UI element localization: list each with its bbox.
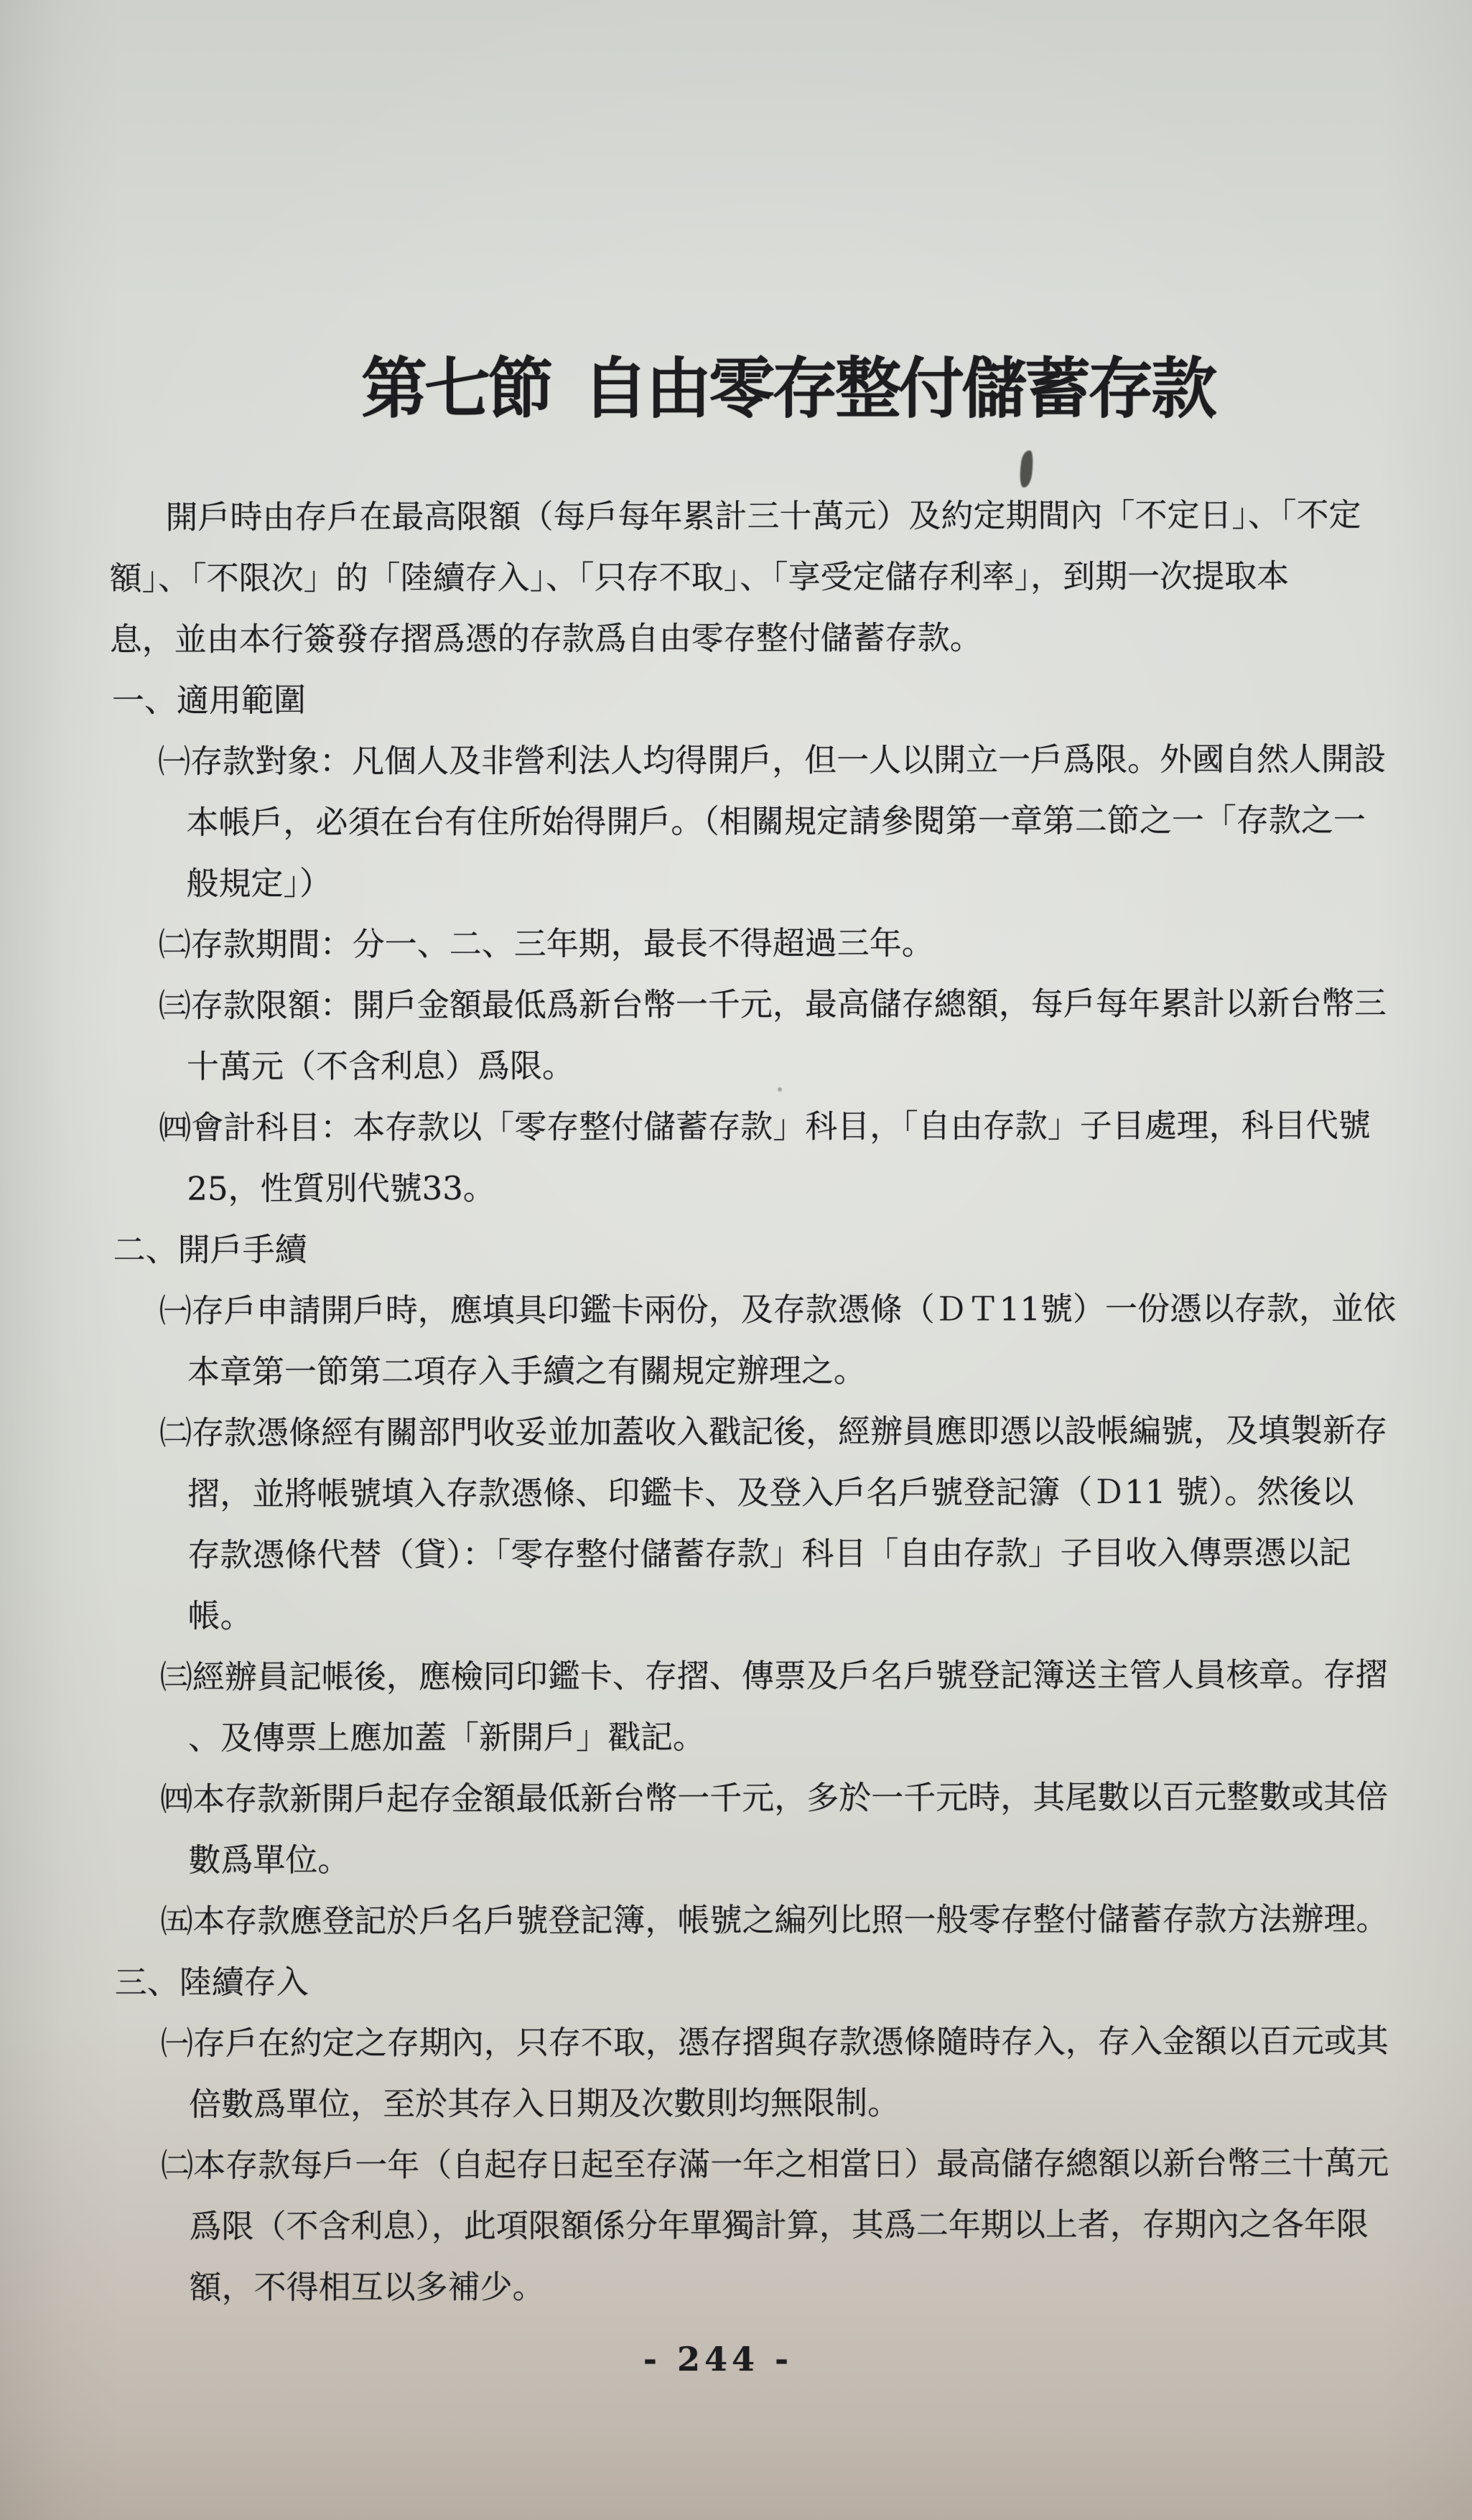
continuation-line: 本帳戶，必須在台有住所始得開戶。（相關規定請參閱第一章第二節之一「存款之一 bbox=[110, 789, 1417, 853]
continuation-line: 數爲單位。 bbox=[112, 1827, 1419, 1891]
list-item-line: ㈤本存款應登記於戶名戶號登記簿，帳號之編列比照一般零存整付儲蓄存款方法辦理。 bbox=[112, 1888, 1419, 1952]
list-item-line: ㈡存款期間：分一、二、三年期，最長不得超過三年。 bbox=[111, 911, 1417, 975]
page-title: 第七節自由零存整付儲蓄存款 bbox=[361, 336, 1214, 431]
paragraph-line: 息，並由本行簽發存摺爲憑的存款爲自由零存整付儲蓄存款。 bbox=[110, 606, 1417, 670]
list-item-line: ㈠存款對象：凡個人及非營利法人均得開戶，但一人以開立一戶爲限。外國自然人開設 bbox=[110, 728, 1417, 792]
page-number: - 244 - bbox=[625, 2340, 811, 2379]
list-item-line: ㈡存款憑條經有關部門收妥並加蓋收入戳記後，經辦員應即憑以設帳編號，及填製新存 bbox=[111, 1400, 1418, 1464]
continuation-line: 十萬元（不含利息）爲限。 bbox=[111, 1033, 1417, 1097]
continuation-line: 倍數爲單位，至於其存入日期及次數則均無限制。 bbox=[113, 2071, 1420, 2135]
continuation-line: 般規定」） bbox=[110, 850, 1417, 914]
list-item-line: ㈠存戶申請開戶時，應填具印鑑卡兩份，及存款憑條（ＤＴ11號）一份憑以存款，並依 bbox=[111, 1278, 1418, 1342]
list-item-line: ㈣本存款新開戶起存金額最低新台幣一千元，多於一千元時，其尾數以百元整數或其倍 bbox=[112, 1766, 1419, 1830]
section-heading-3: 三、陸續存入 bbox=[113, 1949, 1420, 2013]
paragraph-line: 額」、「不限次」的「陸續存入」、「只存不取」、「享受定儲存利率」，到期一次提取本 bbox=[110, 545, 1417, 609]
document-body: 開戶時由存戶在最高限額（每戶每年累計三十萬元）及約定期間內「不定日」、「不定 額… bbox=[109, 484, 1420, 2318]
continuation-line: 摺，並將帳號填入存款憑條、印鑑卡、及登入戶名戶號登記簿（Ｄ11 號）。然後以 bbox=[111, 1461, 1418, 1525]
continuation-line: 存款憑條代替（貸）：「零存整付儲蓄存款」科目「自由存款」子目收入傳票憑以記 bbox=[111, 1522, 1418, 1586]
continuation-line: 25，性質別代號33。 bbox=[111, 1156, 1417, 1219]
list-item-line: ㈢存款限額：開戶金額最低爲新台幣一千元，最高儲存總額，每戶每年累計以新台幣三 bbox=[111, 972, 1417, 1036]
list-item-line: ㈣會計科目：本存款以「零存整付儲蓄存款」科目，「自由存款」子目處理，科目代號 bbox=[111, 1094, 1417, 1158]
list-item-line: ㈠存戶在約定之存期內，只存不取，憑存摺與存款憑條隨時存入，存入金額以百元或其 bbox=[113, 2010, 1420, 2074]
continuation-line: 帳。 bbox=[112, 1583, 1419, 1647]
paragraph-line: 開戶時由存戶在最高限額（每戶每年累計三十萬元）及約定期間內「不定日」、「不定 bbox=[109, 484, 1416, 548]
continuation-line: 、及傳票上應加蓋「新開戶」戳記。 bbox=[112, 1705, 1419, 1769]
continuation-line: 本章第一節第二項存入手續之有關規定辦理之。 bbox=[111, 1339, 1418, 1403]
list-item-line: ㈢經辦員記帳後，應檢同印鑑卡、存摺、傳票及戶名戶號登記簿送主管人員核章。存摺 bbox=[112, 1644, 1419, 1708]
continuation-line: 額，不得相互以多補少。 bbox=[113, 2254, 1420, 2318]
list-item-line: ㈡本存款每戶一年（自起存日起至存滿一年之相當日）最高儲存總額以新台幣三十萬元 bbox=[113, 2132, 1420, 2196]
section-heading-2: 二、開戶手續 bbox=[111, 1217, 1417, 1280]
scanned-book-page: 第七節自由零存整付儲蓄存款 開戶時由存戶在最高限額（每戶每年累計三十萬元）及約定… bbox=[0, 0, 1472, 2520]
continuation-line: 爲限（不含利息），此項限額係分年單獨計算，其爲二年期以上者，存期內之各年限 bbox=[113, 2193, 1420, 2257]
ink-smudge bbox=[1018, 450, 1035, 488]
section-heading-1: 一、適用範圍 bbox=[110, 667, 1417, 731]
section-label: 第七節 bbox=[361, 350, 551, 427]
section-title: 自由零存整付儲蓄存款 bbox=[582, 350, 1214, 427]
